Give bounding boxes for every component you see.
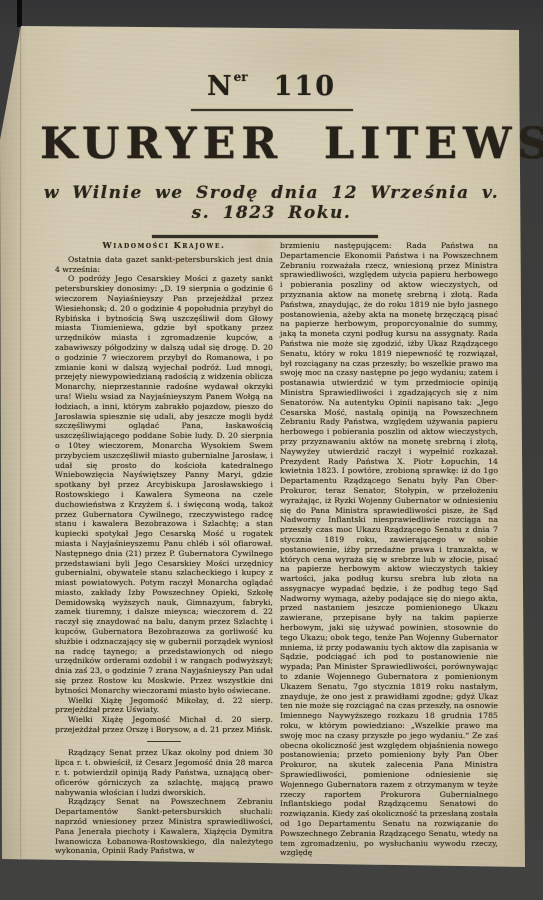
newspaper-paragraph: Ostatnia data gazet sankt-petersburskich… bbox=[55, 255, 273, 275]
issue-prefix: N bbox=[207, 71, 234, 102]
masthead-divider-short bbox=[191, 109, 353, 111]
newspaper-paragraph: Rządzący Senat na Powszechnem Zebraniu D… bbox=[55, 797, 273, 856]
newspaper-paragraph: Wielki Xiążę Jegomość Mikołay, d. 22 sie… bbox=[55, 696, 273, 716]
left-column-body: Ostatnia data gazet sankt-petersburskich… bbox=[55, 255, 273, 856]
issue-number-value: 110 bbox=[274, 71, 336, 102]
news-column-left: Wiadomości Krajowe. Ostatnia data gazet … bbox=[55, 241, 273, 856]
newspaper-paragraph: Rządzący Senat przez Ukaz okolny pod dni… bbox=[55, 748, 273, 797]
scanner-background: Ner110 KURYER LITEWSKI w Wilnie we Srodę… bbox=[0, 0, 543, 900]
newspaper-paragraph: brzmieniu następującem: Rada Państwa na … bbox=[280, 241, 498, 858]
masthead: Ner110 KURYER LITEWSKI w Wilnie we Srodę… bbox=[40, 70, 503, 238]
section-divider bbox=[147, 741, 181, 743]
dateline: w Wilnie we Srodę dnia 12 Września v. s.… bbox=[40, 183, 503, 223]
issue-superscript: er bbox=[234, 70, 248, 84]
news-column-right: brzmieniu następującem: Rada Państwa na … bbox=[280, 241, 498, 856]
newspaper-paragraph: O podróży Jego Cesarskiey Mości z gazety… bbox=[55, 274, 273, 695]
right-column-body: brzmieniu następującem: Rada Państwa na … bbox=[280, 241, 498, 858]
masthead-title: KURYER LITEWSKI bbox=[40, 119, 503, 169]
newspaper-paragraph: Wielki Xiążę Jegomość Michał d. 20 sierp… bbox=[55, 715, 273, 735]
news-columns: Wiadomości Krajowe. Ostatnia data gazet … bbox=[55, 241, 499, 856]
scanner-edge-mark bbox=[17, 0, 22, 27]
masthead-divider-long bbox=[152, 235, 378, 238]
issue-number: Ner110 bbox=[40, 70, 503, 102]
section-header: Wiadomości Krajowe. bbox=[55, 241, 273, 251]
